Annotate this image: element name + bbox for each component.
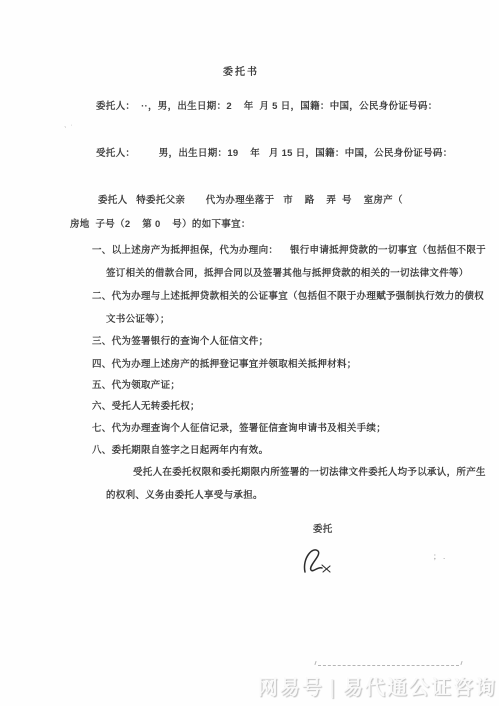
- signature-scribble-icon: [298, 542, 350, 582]
- handwritten-signature: [298, 542, 350, 587]
- clause-2-line-2: 文书公证等）；: [106, 311, 170, 325]
- watermark-platform: 网易号: [258, 677, 324, 699]
- document-title: 委托书: [0, 63, 482, 78]
- clause-1-line-1: 一、以上述房产为抵押担保，代为办理向： 银行申请抵押贷款的一切事宜（包括但不限于: [92, 242, 486, 256]
- signature-block-label: 委托: [313, 521, 333, 535]
- entrust-statement-line-1: 委托人 特委托父亲 代为办理坐落于 市 路 弄 号 室房产（: [98, 192, 403, 206]
- agent-line: 受托人： 男，出生日期：19 年 月 15 日，国籍：中国，公民身份证号码：: [96, 145, 453, 159]
- clause-7: 七、代为办理查询个人征信记录，签署征信查询申请书及相关手续；: [92, 420, 386, 434]
- faint-ink-marks: ；.: [433, 551, 447, 562]
- watermark-account: 易代通公证咨询: [343, 677, 497, 699]
- scan-artifact: 、·: [64, 120, 76, 130]
- clause-1-line-2: 签订相关的借款合同，抵押合同以及签署其他与抵押贷款的相关的一切法律文件等）: [106, 265, 469, 279]
- watermark-separator: |: [330, 677, 337, 699]
- clause-6: 六、受托人无转委托权；: [92, 398, 200, 412]
- clause-2-line-1: 二、代为办理与上述抵押贷款相关的公证事宜（包括但不限于办理赋予强制执行效力的债权: [92, 288, 484, 302]
- principal-line: 委托人： ··，男，出生日期：2 年 月 5 日，国籍：中国，公民身份证号码：: [96, 98, 438, 112]
- clause-4: 四、代为办理上述房产的抵押登记事宜并领取相关抵押材料；: [92, 356, 357, 370]
- closing-line-1: 受托人在委托权限和委托期限内所签署的一切法律文件委托人均予以承认，所产生: [133, 464, 486, 478]
- entrust-statement-line-2: 房地 子号（2 第 0 号）的如下事宜：: [70, 216, 251, 230]
- source-watermark: 网易号|易代通公证咨询: [258, 671, 497, 700]
- clause-3: 三、代为签署银行的查询个人征信文件；: [92, 333, 268, 347]
- watermark-dashed-rule: [318, 665, 459, 666]
- scanned-document-page: 委托书 委托人： ··，男，出生日期：2 年 月 5 日，国籍：中国，公民身份证…: [0, 0, 499, 706]
- closing-line-2: 的权利、义务由委托人享受与承担。: [106, 487, 263, 501]
- clause-8: 八、委托期限自签字之日起两年内有效。: [92, 442, 268, 456]
- clause-5: 五、代为领取产证；: [92, 377, 180, 391]
